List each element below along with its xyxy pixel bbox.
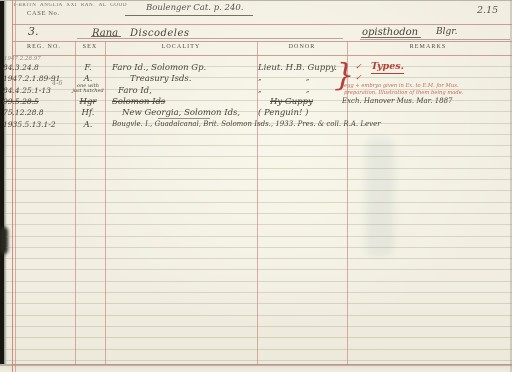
reg-cell: 84.3.24.8 <box>3 63 39 72</box>
pink-h <box>12 24 512 25</box>
pencil-number-range: 4-6 <box>52 79 62 87</box>
pink-h <box>12 364 512 365</box>
case-number-label: CASE No. <box>27 10 60 17</box>
reg-cell: 75.12.28.8 <box>3 108 44 117</box>
sex-cell: Hf. <box>70 108 106 118</box>
pink-h <box>12 55 512 56</box>
rule <box>6 349 512 350</box>
column-header-locality: Locality <box>162 44 201 50</box>
donor-cell: „ „ <box>258 86 309 94</box>
locality-cell: Solomon Ids <box>112 97 165 107</box>
page-number: 2.15 <box>477 5 498 16</box>
check-mark-1: ✓ <box>355 62 362 71</box>
register-page: T-BRITN ANGLIA XXI RAN. AL GOOD CASE No.… <box>0 0 512 372</box>
remark-cell: Exch. Hanover Mus. Mar. 1887 <box>342 97 453 105</box>
genus-underline <box>91 36 121 37</box>
sex-cell: Hgr <box>70 97 106 107</box>
rule <box>6 156 512 157</box>
column-header-remarks: Remarks <box>410 44 447 50</box>
locality-cell: Faro Id., Solomon Gp. <box>112 63 206 73</box>
locality-cell: Faro Id, <box>118 86 152 96</box>
donor-cell: ( Penguin! ) <box>258 108 308 118</box>
printed-form-header: T-BRITN ANGLIA XXI RAN. AL GOOD <box>13 3 127 8</box>
ink-blot <box>0 227 8 254</box>
red-ink-note-line1: egg + embryo given in Ex. to E.M. for Mu… <box>344 83 459 89</box>
reg-cell: 84.4.25.1-13 <box>3 86 51 95</box>
rule <box>6 224 512 225</box>
rule <box>6 145 512 146</box>
register-row-6: 1935.5.13.1-2A.Bougvle. I., Guadalcanal,… <box>0 120 512 131</box>
column-header-sex: Sex <box>83 44 98 50</box>
rule <box>6 134 512 135</box>
reg-cell: 99.5.28.5 <box>3 97 39 106</box>
species-author: Blgr. <box>436 27 457 37</box>
reg-cell: 1935.5.13.1-2 <box>3 120 56 129</box>
pencil-reregistration-number: 1947.2.28.97 <box>4 56 41 62</box>
scan-top-edge <box>0 0 512 1</box>
rule <box>6 292 512 293</box>
next-page-sliver <box>0 366 512 372</box>
rule <box>6 213 512 214</box>
rule <box>6 315 512 316</box>
rule <box>6 202 512 203</box>
entry-number: 3. <box>28 25 39 38</box>
sex-cell: F. <box>70 63 106 73</box>
sex-cell: A. <box>70 120 106 130</box>
column-header-reg-no: Reg. No. <box>27 44 61 50</box>
genus-baseline <box>77 38 343 39</box>
donor-cell: Hy Guppy <box>270 97 313 107</box>
rule <box>6 337 512 338</box>
note-underline <box>125 15 253 16</box>
column-header-donor: Donor <box>289 44 316 50</box>
rule <box>6 247 512 248</box>
locality-cell: New Georgia, Solomon Ids, <box>122 108 240 118</box>
species-underline <box>361 37 421 38</box>
rule <box>6 168 512 169</box>
rule <box>6 190 512 191</box>
donor-cell: Lieut. H.B. Guppy. <box>258 63 337 73</box>
check-mark-2: ✓ <box>355 73 362 82</box>
locality-cell: Bougvle. I., Guadalcanal, Brit. Solomon … <box>112 120 381 128</box>
catalogue-reference-note: Boulenger Cat. p. 240. <box>146 3 243 13</box>
rule <box>6 236 512 237</box>
donor-cell: „ „ <box>258 74 309 82</box>
types-label: Types. <box>371 61 404 74</box>
rule <box>6 281 512 282</box>
register-row-4: 99.5.28.5HgrSolomon IdsHy GuppyExch. Han… <box>0 97 512 108</box>
rule <box>6 326 512 327</box>
rule <box>6 179 512 180</box>
rule <box>6 258 512 259</box>
register-row-1: 84.3.24.8F.Faro Id., Solomon Gp.Lieut. H… <box>0 63 512 74</box>
rule <box>6 269 512 270</box>
rule <box>6 360 512 361</box>
locality-cell: Treasury Isds. <box>130 74 191 84</box>
sex-cell: one with just hatched <box>70 84 106 96</box>
rule <box>6 303 512 304</box>
register-row-5: 75.12.28.8Hf.New Georgia, Solomon Ids,( … <box>0 108 512 119</box>
red-ink-note-line2: preparation. Illustration of them being … <box>344 90 463 96</box>
species-baseline <box>360 39 510 40</box>
pink-h <box>12 41 512 42</box>
